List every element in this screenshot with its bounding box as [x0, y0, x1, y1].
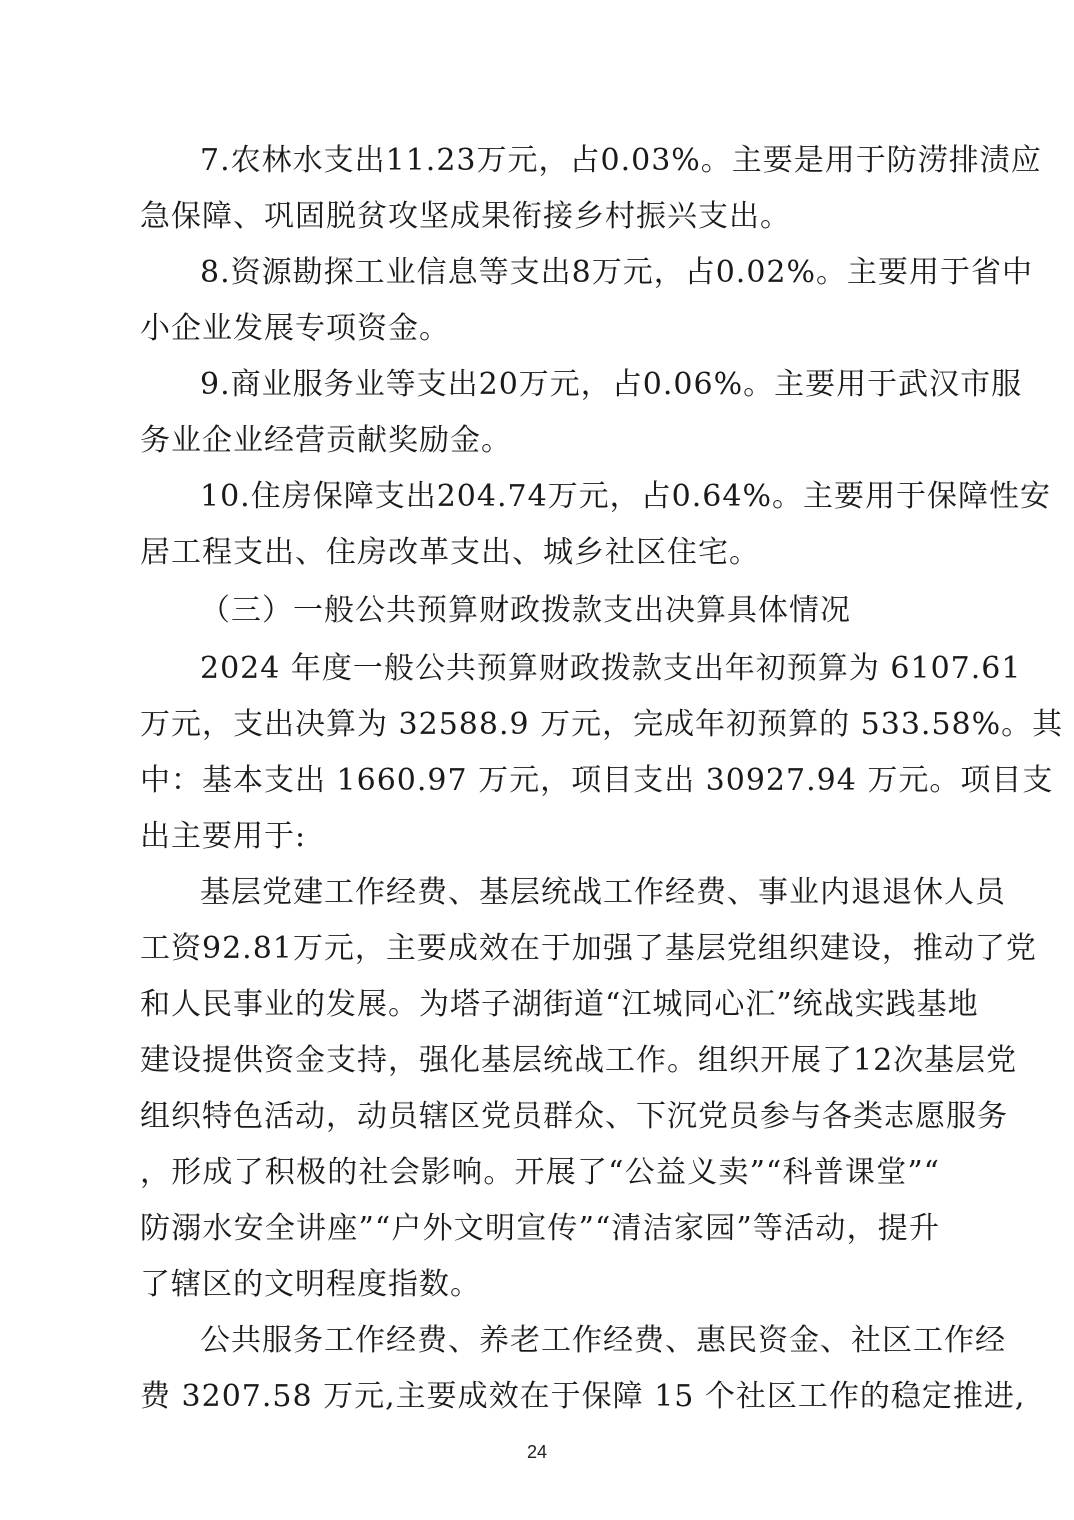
paragraph-line: 和人民事业的发展。为塔子湖街道“江城同心汇”统战实践基地 — [140, 987, 940, 1023]
paragraph-line: 基层党建工作经费、基层统战工作经费、事业内退退休人员 — [200, 875, 940, 911]
paragraph-line: 万元，支出决算为 32588.9 万元，完成年初预算的 533.58%。其 — [140, 707, 940, 743]
paragraph-line: 建设提供资金支持，强化基层统战工作。组织开展了12次基层党 — [140, 1043, 940, 1079]
paragraph-line: 中：基本支出 1660.97 万元，项目支出 30927.94 万元。项目支 — [140, 763, 940, 799]
paragraph-line: 10.住房保障支出204.74万元，占0.64%。主要用于保障性安 — [200, 479, 940, 515]
paragraph-line: 出主要用于: — [140, 819, 940, 855]
paragraph-line: 居工程支出、住房改革支出、城乡社区住宅。 — [140, 535, 940, 571]
section-heading: （三）一般公共预算财政拨款支出决算具体情况 — [200, 593, 940, 629]
paragraph-line: 8.资源勘探工业信息等支出8万元，占0.02%。主要用于省中 — [200, 255, 940, 291]
document-page: 7.农林水支出11.23万元，占0.03%。主要是用于防涝排渍应急保障、巩固脱贫… — [0, 0, 1074, 1520]
paragraph-line: 公共服务工作经费、养老工作经费、惠民资金、社区工作经 — [200, 1323, 940, 1359]
paragraph-line: 了辖区的文明程度指数。 — [140, 1267, 940, 1303]
paragraph-line: 小企业发展专项资金。 — [140, 311, 940, 347]
paragraph-line: 防溺水安全讲座”“户外文明宣传”“清洁家园”等活动，提升 — [140, 1211, 940, 1247]
paragraph-line: 急保障、巩固脱贫攻坚成果衔接乡村振兴支出。 — [140, 199, 940, 235]
paragraph-line: 工资92.81万元，主要成效在于加强了基层党组织建设，推动了党 — [140, 931, 940, 967]
paragraph-line: ，形成了积极的社会影响。开展了“公益义卖”“科普课堂”“ — [140, 1155, 940, 1191]
page-number: 24 — [0, 1442, 1074, 1463]
paragraph-line: 9.商业服务业等支出20万元，占0.06%。主要用于武汉市服 — [200, 367, 940, 403]
paragraph-line: 费 3207.58 万元,主要成效在于保障 15 个社区工作的稳定推进, — [140, 1379, 940, 1415]
paragraph-line: 务业企业经营贡献奖励金。 — [140, 423, 940, 459]
paragraph-line: 组织特色活动，动员辖区党员群众、下沉党员参与各类志愿服务 — [140, 1099, 940, 1135]
paragraph-line: 2024 年度一般公共预算财政拨款支出年初预算为 6107.61 — [200, 651, 940, 687]
paragraph-line: 7.农林水支出11.23万元，占0.03%。主要是用于防涝排渍应 — [200, 143, 940, 179]
